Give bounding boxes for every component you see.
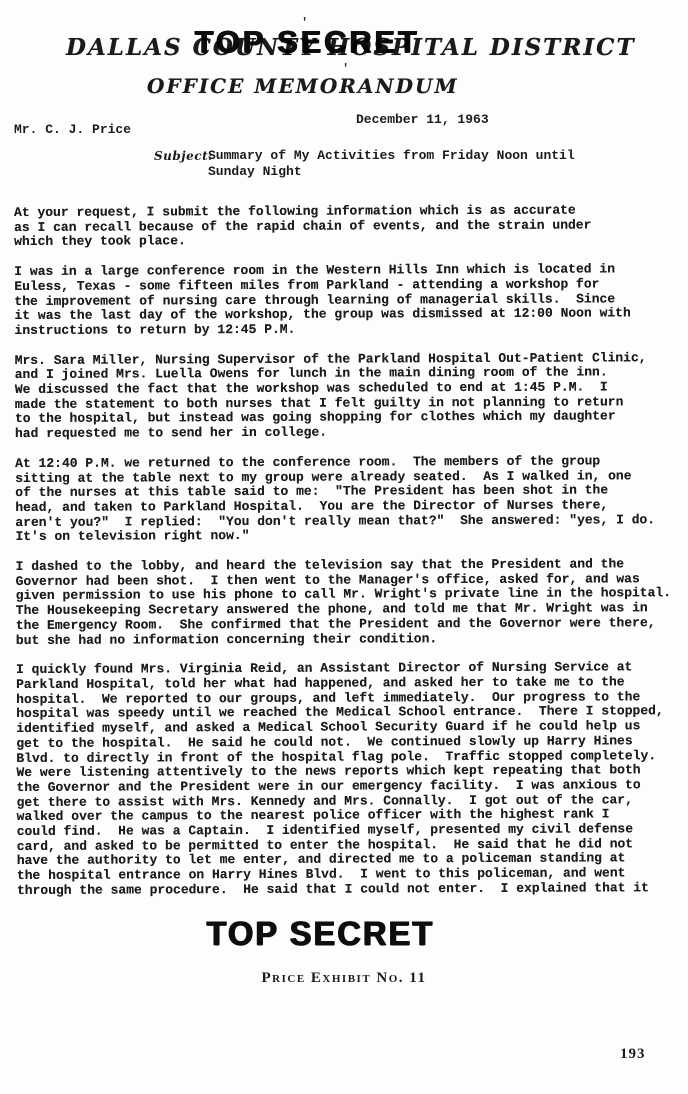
memo-paragraph: I dashed to the lobby, and heard the tel…: [16, 557, 682, 648]
memo-paragraph: At 12:40 P.M. we returned to the confere…: [15, 454, 681, 545]
subject-label: Subject:: [154, 149, 213, 163]
exhibit-label: Price Exhibit No. 11: [0, 970, 688, 987]
subject-text: Summary of My Activities from Friday Noo…: [208, 148, 575, 180]
memo-paragraph: Mrs. Sara Miller, Nursing Supervisor of …: [15, 351, 681, 442]
memo-paragraph: I was in a large conference room in the …: [14, 262, 680, 338]
memo-paragraph: I quickly found Mrs. Virginia Reid, an A…: [16, 660, 683, 898]
scan-artifact: ': [342, 62, 349, 76]
memo-date: December 11, 1963: [356, 112, 489, 127]
top-secret-stamp-top: TOP SECRET: [195, 25, 420, 61]
memo-page: DALLAS COUNTY HOSPITAL DISTRICT TOP SECR…: [0, 0, 688, 1094]
scan-artifact: ': [301, 16, 308, 30]
memo-addressee: Mr. C. J. Price: [14, 122, 131, 137]
memo-paragraph: At your request, I submit the following …: [14, 203, 680, 250]
page-number: 193: [620, 1046, 646, 1063]
top-secret-stamp-bottom: TOP SECRET: [207, 914, 435, 954]
doc-type-title: OFFICE MEMORANDUM: [147, 74, 459, 98]
memo-body: At your request, I submit the following …: [14, 203, 683, 913]
